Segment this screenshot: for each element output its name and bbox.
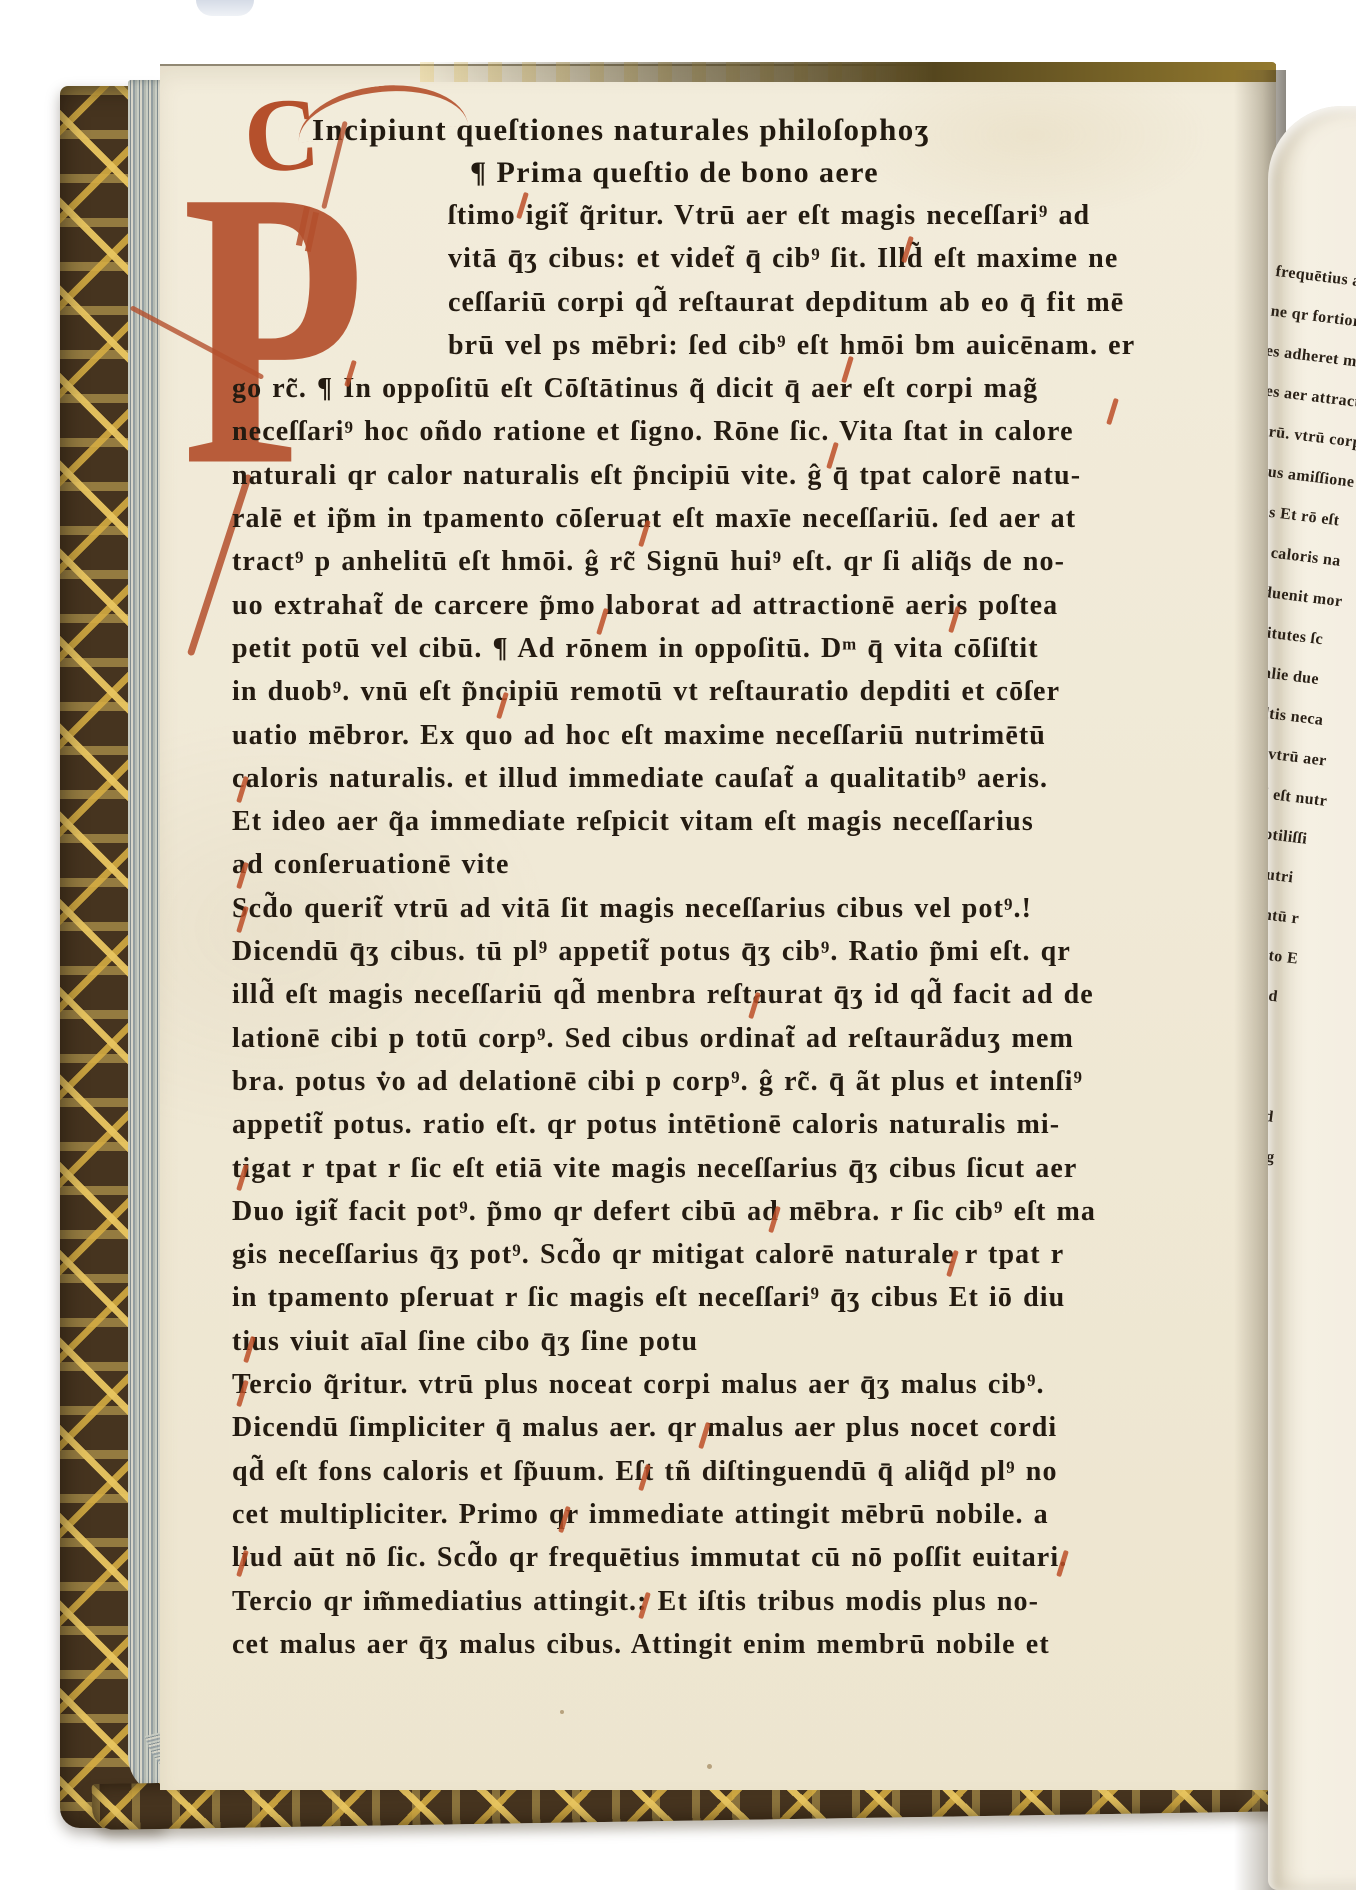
text-line: Duo igit̃ facit pot⁹. p̃mo qr defert cib… — [232, 1190, 1248, 1233]
text-line: gis neceſſarius q̄ʒ pot⁹. Scd̃o qr mitig… — [232, 1233, 1248, 1276]
main-text-block: ſtimo igit̃ q̃ritur. Vtrū aer eſt magis … — [232, 194, 1248, 1666]
text-line: vitā q̄ʒ cibus: et videt̃ q̄ cib⁹ ſit. I… — [232, 237, 1248, 280]
text-line: Et ideo aer q̃a immediate reſpicit vitam… — [232, 800, 1248, 843]
text-line: tigat r tpat r ſic eſt etiā vite magis n… — [232, 1147, 1248, 1190]
text-line: uo extrahat̃ de carcere p̃mo laborat ad … — [232, 584, 1248, 627]
text-line: cet malus aer q̄ʒ malus cibus. Attingit … — [232, 1623, 1248, 1666]
right-page-text-block: frequētius attne qr fortiorē faces adher… — [1268, 252, 1356, 1700]
text-line: qd̃ eſt fons caloris et ſp̃uum. Eſt tñ d… — [232, 1450, 1248, 1493]
text-line: liud aūt nō ſic. Scd̃o qr frequētius imm… — [232, 1536, 1248, 1579]
text-line: ſtimo igit̃ q̃ritur. Vtrū aer eſt magis … — [232, 194, 1248, 237]
text-line: brū vel ps mēbri: ſed cib⁹ eſt hmōi bm a… — [232, 324, 1248, 367]
text-line: in duob⁹. vnū eſt p̃ncipiū remotū vt reſ… — [232, 670, 1248, 713]
questio-subheading: ¶ Prima queſtio de bono aere — [470, 156, 1110, 190]
text-line: Dicendū q̄ʒ cibus. tū pl⁹ appetit̃ potus… — [232, 930, 1248, 973]
text-line: lationē cibi p totū corp⁹. Sed cibus ord… — [232, 1017, 1248, 1060]
text-line: go rc̃. ¶ In oppoſitū eſt Cōſtātinus q̃ … — [232, 367, 1248, 410]
text-line: neceſſari⁹ hoc oñdo ratione et ſigno. Rō… — [232, 410, 1248, 453]
text-line: naturali qr calor naturalis eſt p̃ncipiū… — [232, 454, 1248, 497]
text-line: appetit̃ potus. ratio eſt. qr potus intē… — [232, 1103, 1248, 1146]
fox-spot — [560, 1710, 564, 1714]
text-line: ralē et ip̃m in tpamento cōſeruat eſt ma… — [232, 497, 1248, 540]
text-line: Tercio qr im̃mediatius attingit.: Et iſt… — [232, 1580, 1248, 1623]
incipit-heading: Incipiunt queſtiones naturales philoſoph… — [312, 112, 1172, 148]
fox-spot — [707, 1764, 712, 1769]
text-line: Scd̃o querit̃ vtrū ad vitā ſit magis nec… — [232, 887, 1248, 930]
text-line: illd̃ eſt magis neceſſariū qd̃ menbra re… — [232, 973, 1248, 1016]
text-line: bra. potus v̇o ad delationē cibi p corp⁹… — [232, 1060, 1248, 1103]
right-page-curled: frequētius attne qr fortiorē faces adher… — [1268, 106, 1356, 1890]
text-line: tius viuit aīal ſine cibo q̄ʒ ſine potu — [232, 1320, 1248, 1363]
text-line: Dicendū ſimpliciter q̄ malus aer. qr mal… — [232, 1406, 1248, 1449]
text-line: caloris naturalis. et illud immediate ca… — [232, 757, 1248, 800]
text-line: ad conſeruationē vite — [232, 843, 1248, 886]
text-line: Tercio q̃ritur. vtrū plus noceat corpi m… — [232, 1363, 1248, 1406]
text-line: cet multipliciter. Primo qr immediate at… — [232, 1493, 1248, 1536]
text-line: tract⁹ p anhelitū eſt hmōi. ĝ rc̃ Signū … — [232, 540, 1248, 583]
text-line: ceſſariū corpi qd̃ reſtaurat depditum ab… — [232, 281, 1248, 324]
text-line: in tpamento pſeruat r ſic magis eſt nece… — [232, 1276, 1248, 1319]
gilt-page-top-edge — [420, 62, 1276, 82]
paper-tip-artifact — [196, 0, 254, 16]
text-line: petit potū vel cibū. ¶ Ad rōnem in oppoſ… — [232, 627, 1248, 670]
text-line: uatio mēbror. Ex quo ad hoc eſt maxime n… — [232, 714, 1248, 757]
book-photo: C Incipiunt queſtiones naturales philoſo… — [0, 0, 1356, 1890]
